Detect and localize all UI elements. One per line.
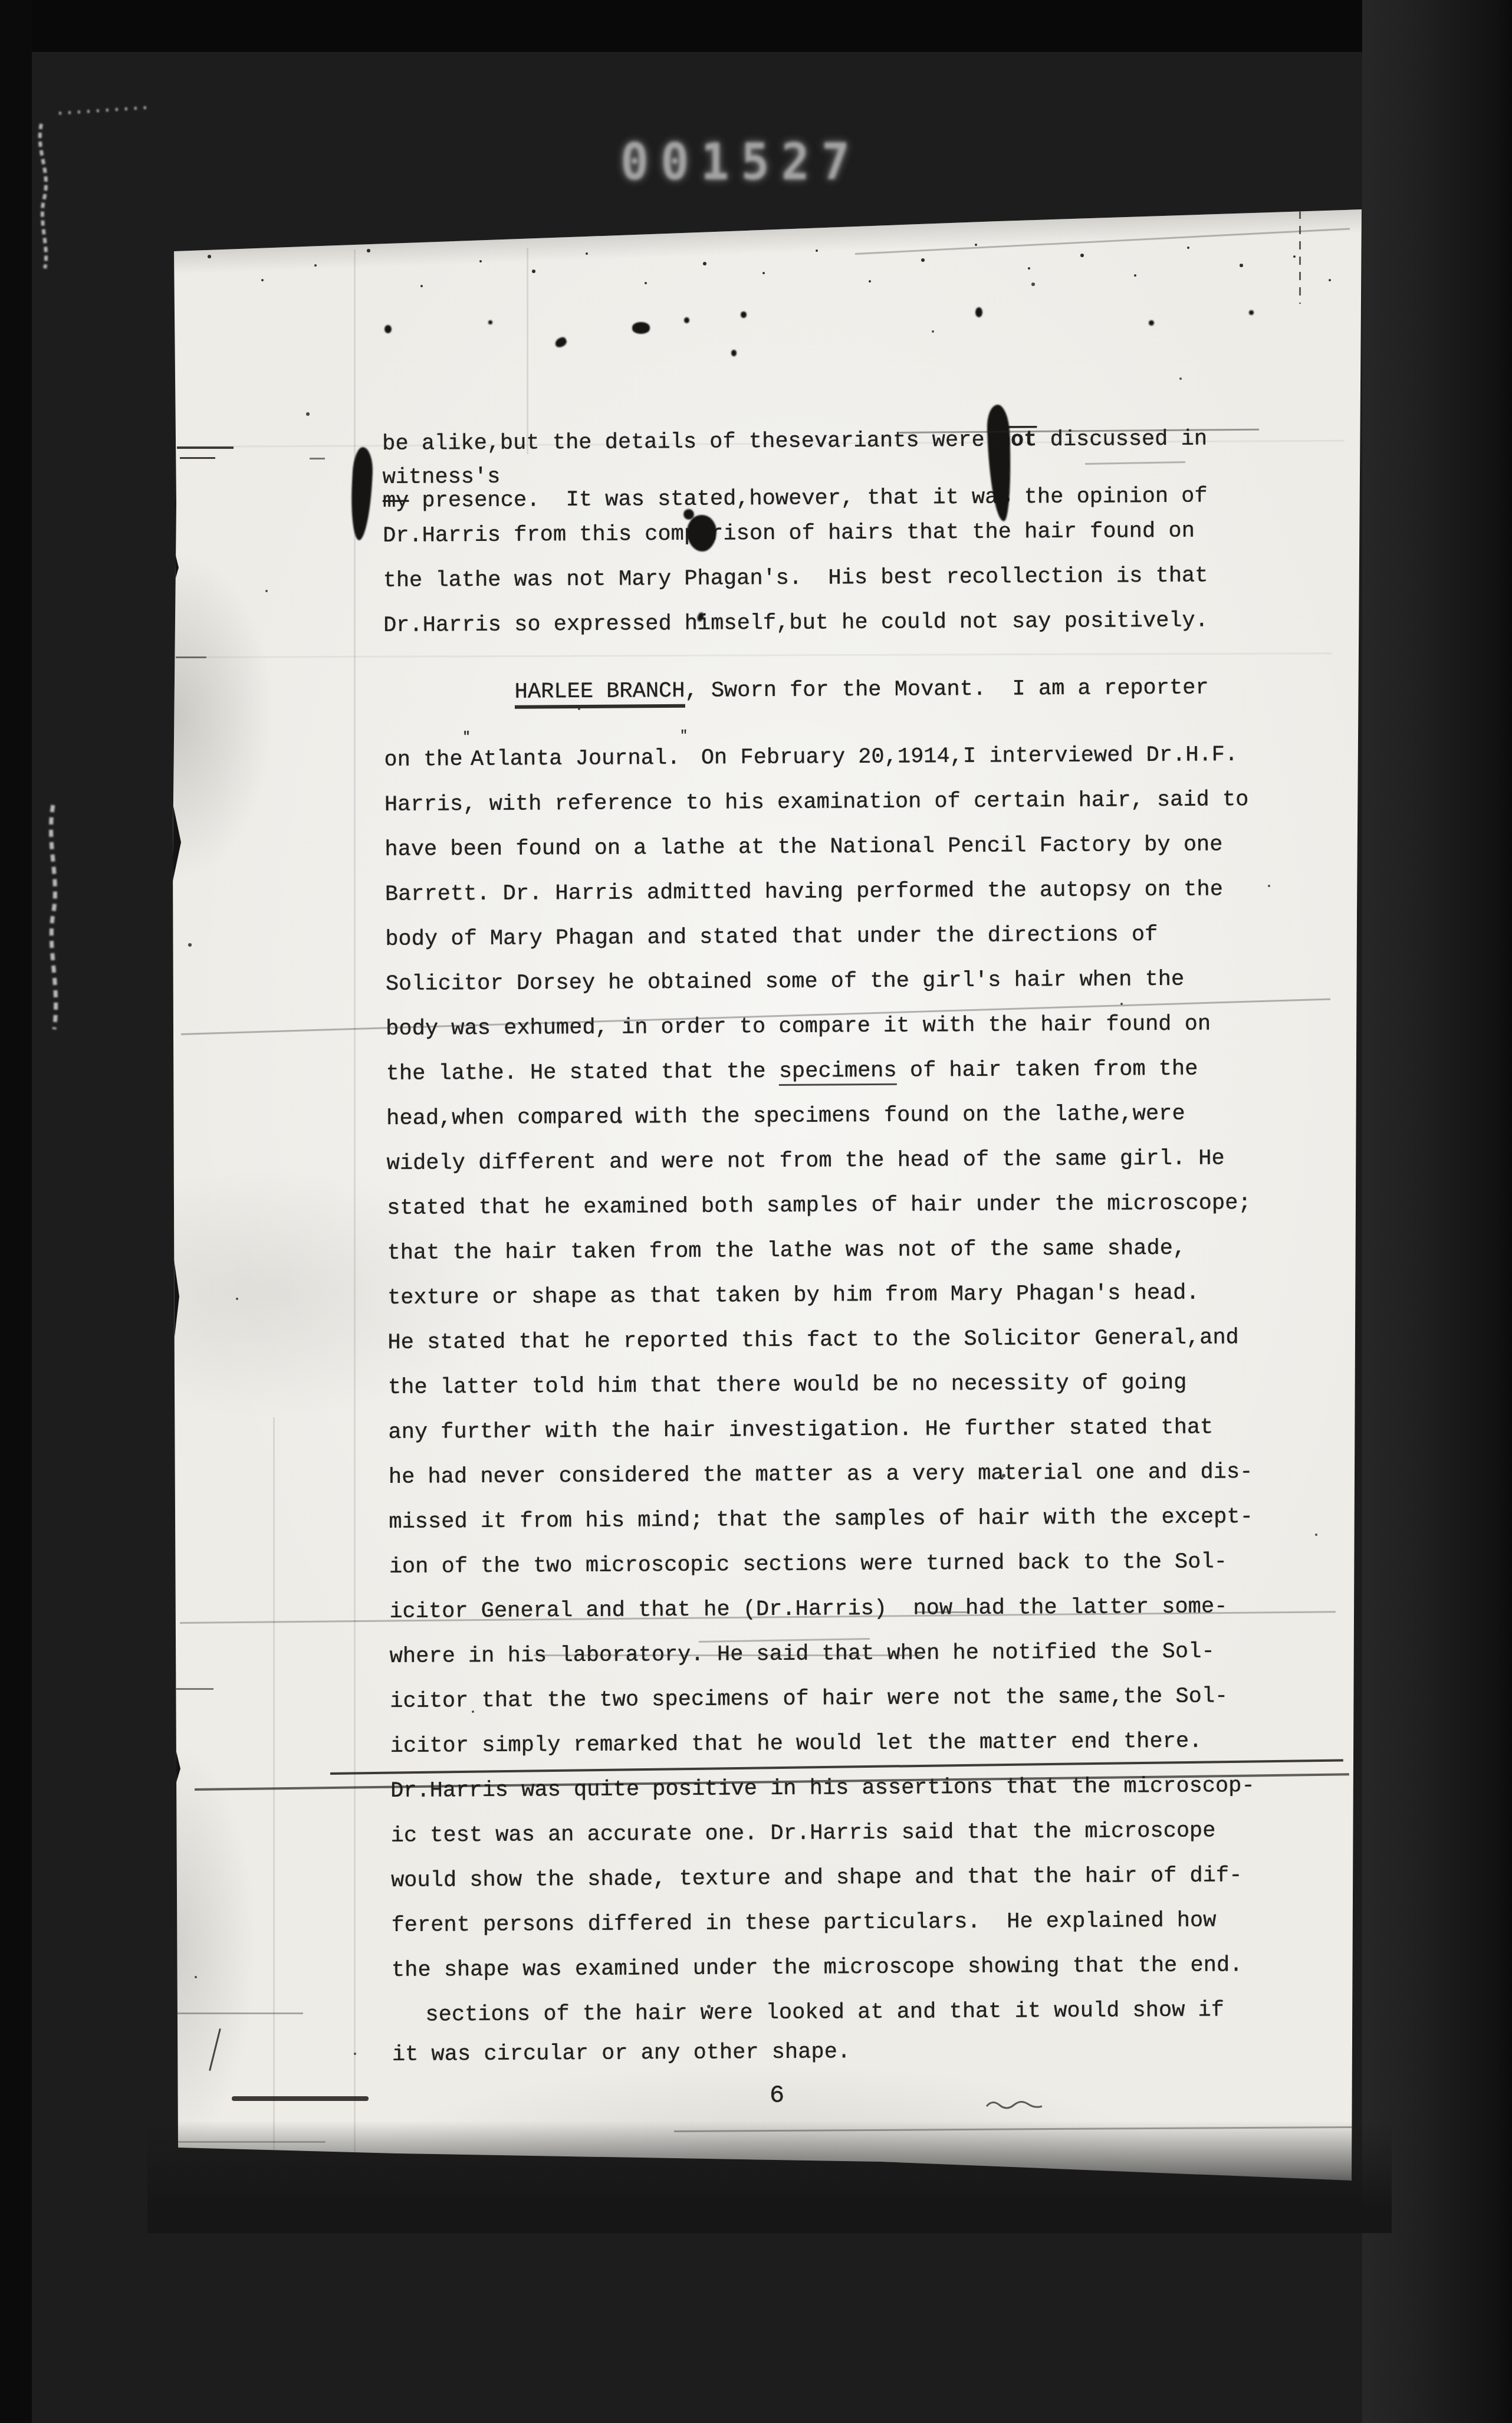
- text-line: ferent persons differed in these particu…: [391, 1897, 1293, 1948]
- pencil-line: [176, 656, 206, 658]
- text-line: Dr.Harris so expressed himself,but he co…: [383, 598, 1286, 648]
- text-line: the lathe was not Mary Phagan's. His bes…: [383, 553, 1285, 603]
- pencil-line: [915, 1611, 969, 1613]
- text-line: missed it from his mind; that the sample…: [389, 1494, 1291, 1544]
- dotted-vertical-mark: [1299, 211, 1301, 304]
- text-line: icitor that the two specimens of hair we…: [390, 1673, 1292, 1723]
- ink-speck: [1149, 320, 1154, 326]
- microfilm-scan: 001527: [0, 0, 1512, 2423]
- black-right-strip: [1362, 0, 1512, 2423]
- text-line: texture or shape as that taken by him fr…: [387, 1270, 1290, 1320]
- text-line: the lathe. He stated that the specimens …: [386, 1046, 1289, 1096]
- pencil-line: [232, 2096, 369, 2101]
- pencil-line: [180, 457, 215, 459]
- pencil-line: [310, 458, 325, 459]
- text-line: that the hair taken from the lathe was n…: [387, 1225, 1289, 1275]
- text-line: He stated that he reported this fact to …: [387, 1315, 1290, 1365]
- typewritten-text: be alike,but the details of thesevariant…: [382, 416, 1294, 2072]
- frame-number-stamp: 001527: [620, 133, 862, 191]
- text-line: HARLEE BRANCH, Sworn for the Movant. I a…: [384, 665, 1286, 715]
- ink-blot: [349, 446, 374, 541]
- ink-speck: [384, 325, 392, 333]
- text-line: he had never considered the matter as a …: [389, 1449, 1291, 1499]
- text-line: stated that he examined both samples of …: [387, 1180, 1289, 1230]
- text-line: ic test was an accurate one. Dr.Harris s…: [390, 1808, 1293, 1858]
- speck-dots: [173, 208, 175, 211]
- text-line: widely different and were not from the h…: [386, 1135, 1289, 1186]
- text-line: the latter told him that there would be …: [388, 1360, 1290, 1410]
- document-page: be alike,but the details of thesevariant…: [173, 208, 1362, 2181]
- ink-speck: [741, 311, 747, 318]
- text-line: Dr.Harris from this comparison of hairs …: [383, 508, 1285, 559]
- scan-bottom-shadow: [147, 2121, 1392, 2233]
- ink-speck: [1249, 310, 1254, 315]
- page-number: 6: [770, 2081, 784, 2110]
- pencil-line: [534, 1654, 923, 1656]
- edge-scribble-left: [29, 796, 94, 1044]
- pencil-line: [176, 1688, 213, 1690]
- pencil-line: [177, 2012, 303, 2014]
- black-top-strip: [0, 0, 1512, 52]
- ink-speck: [684, 317, 689, 323]
- text-line: on the"Atlanta Journal." On February 20,…: [384, 710, 1287, 783]
- black-left-strip: [0, 0, 32, 2423]
- text-line: body was exhumed, in order to compare it…: [386, 1001, 1288, 1051]
- text-line: Barrett. Dr. Harris admitted having perf…: [385, 866, 1287, 917]
- text-line: would show the shade, texture and shape …: [391, 1853, 1293, 1903]
- torn-edge: [172, 1243, 179, 1361]
- text-line: the shape was examined under the microsc…: [392, 1942, 1294, 1992]
- ink-speck: [975, 307, 982, 317]
- text-line: ion of the two microscopic sections were…: [389, 1539, 1291, 1589]
- text-line: any further with the hair investigation.…: [388, 1404, 1290, 1455]
- speck-dots: [173, 208, 175, 211]
- ink-speck: [488, 320, 492, 324]
- text-line: it was circular or any other shape.: [392, 2032, 1294, 2071]
- text-line: have been found on a lathe at the Nation…: [384, 822, 1287, 872]
- pencil-squiggle: [985, 2098, 1044, 2112]
- text-line: Solicitor Dorsey he obtained some of the…: [386, 956, 1288, 1006]
- fold-crease: [273, 1417, 275, 2172]
- text-line: Harris, with reference to his examinatio…: [384, 777, 1287, 827]
- text-line: icitor General and that he (Dr.Harris) n…: [389, 1584, 1291, 1634]
- text-line: body of Mary Phagan and stated that unde…: [385, 911, 1287, 961]
- edge-smudge: [174, 550, 274, 881]
- edge-smudge: [174, 1742, 257, 2155]
- text-line: head,when compared with the specimens fo…: [386, 1091, 1289, 1141]
- ink-speck: [731, 350, 737, 356]
- edge-scribble-top: [24, 100, 165, 277]
- ink-speck: [554, 336, 568, 349]
- ink-speck: [632, 322, 650, 334]
- text-line: sections of the hair were looked at and …: [392, 1987, 1294, 2037]
- scan-noise-band: [173, 189, 1365, 274]
